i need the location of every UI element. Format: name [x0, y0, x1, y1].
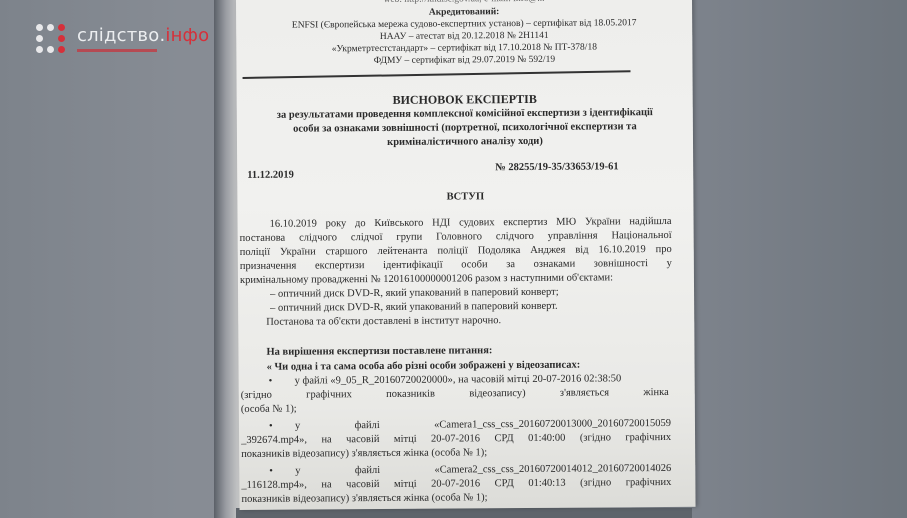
question-text: « Чи одна і та сама особа або різні особ…	[267, 360, 581, 374]
item-1-line-3: (особа № 1);	[241, 404, 297, 416]
bullet-icon: •	[269, 376, 273, 388]
watermark-logo: слідство.інфо	[36, 24, 209, 55]
object-item: – оптичний диск DVD-R, який упакований в…	[270, 287, 559, 301]
document-page: web: http://kndise.gov.ua, e-mail: info@…	[236, 0, 696, 510]
subtitle-line-2: особи за ознаками зовнішності (портретно…	[237, 121, 693, 136]
intro-line-4: призначення експертизи ідентифікації осо…	[240, 258, 672, 273]
item-3-line-2: _116128.mp4», на часовій мітці 20-07-201…	[241, 477, 671, 492]
subtitle-line-1: за результатами проведення комплексної к…	[237, 107, 693, 122]
item-3-line-1: у файлі «Camera2_css_css_20160720014012_…	[295, 463, 671, 478]
bullet-icon: •	[269, 421, 273, 433]
delivered-note: Постанова та об'єкти доставлені в інстит…	[266, 315, 501, 329]
header-divider	[243, 70, 631, 79]
intro-line-2: постанова слідчого слідчої групи Головно…	[240, 230, 672, 245]
intro-line-5: кримінальному провадженні № 120161000000…	[240, 272, 613, 287]
item-2-line-3: показників відеозапису) з'являється жінк…	[241, 447, 487, 461]
logo-dots-icon	[36, 24, 67, 55]
intro-line-3: поліції України старшого лейтенанта полі…	[240, 244, 672, 259]
logo-text: слідство.інфо	[77, 27, 209, 45]
item-3-line-3: показників відеозапису) з'являється жінк…	[241, 492, 487, 506]
item-2-line-2: _392674.mp4», на часовій мітці 20-07-201…	[241, 432, 671, 447]
document-title: ВИСНОВОК ЕКСПЕРТІВ	[237, 92, 693, 107]
bullet-icon: •	[269, 466, 273, 478]
item-1-line-1: у файлі «9_05_R_20160720020000», на часо…	[295, 373, 622, 387]
document-number: № 28255/19-35/33653/19-61	[495, 161, 619, 174]
item-1-line-2: (згідно графічних показників відеозапису…	[241, 387, 669, 402]
section-title: ВСТУП	[237, 190, 693, 205]
object-item: – оптичний диск DVD-R, який упакований в…	[270, 301, 558, 315]
logo-subtitle-bar	[77, 49, 157, 52]
intro-line-1: 16.10.2019 року до Київського НДІ судови…	[270, 216, 672, 231]
document-date: 11.12.2019	[247, 170, 294, 182]
questions-heading: На вирішення експертизи поставлене питан…	[266, 345, 492, 359]
subtitle-line-3: криміналістичного аналізу ходи)	[237, 135, 693, 150]
item-2-line-1: у файлі «Camera1_css_css_20160720013000_…	[295, 418, 671, 433]
cert-fdmu: ФДМУ – сертифікат від 29.07.2019 № 592/1…	[236, 53, 692, 68]
